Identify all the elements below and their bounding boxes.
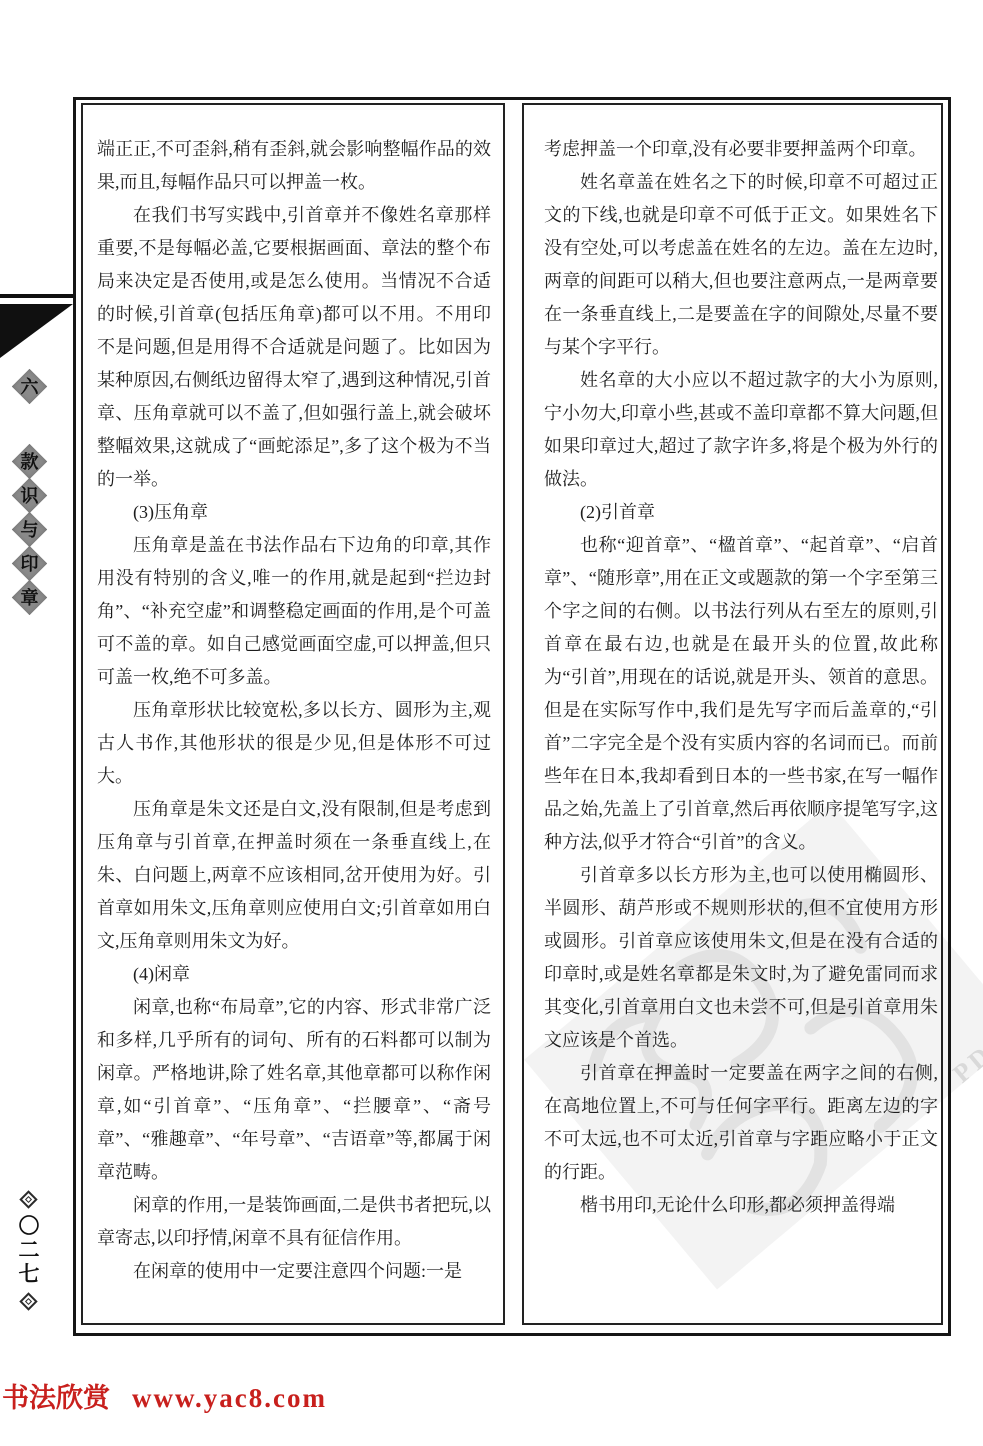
paragraph: 压角章形状比较宽松,多以长方、圆形为主,观古人书作,其他形状的很是少见,但是体形… bbox=[97, 694, 491, 793]
paragraph: 在我们书写实践中,引首章并不像姓名章那样重要,不是每幅必盖,它要根据画面、章法的… bbox=[97, 199, 491, 496]
paragraph: 压角章是盖在书法作品右下边角的印章,其作用没有特别的含义,唯一的作用,就是起到“… bbox=[97, 529, 491, 694]
paragraph: 端正正,不可歪斜,稍有歪斜,就会影响整幅作品的效果,而且,每幅作品只可以押盖一枚… bbox=[97, 133, 491, 199]
chapter-number-diamond: 六 bbox=[12, 369, 47, 404]
page-number-ornament-bottom bbox=[19, 1292, 37, 1310]
book-page: PDG 六 款识与印章 〇二七 端正正,不可歪斜,稍有歪斜,就会影响整幅作品的效… bbox=[0, 0, 983, 1446]
paragraph: 压角章是朱文还是白文,没有限制,但是考虑到压角章与引首章,在押盖时须在一条垂直线… bbox=[97, 793, 491, 958]
paragraph: 姓名章盖在姓名之下的时候,印章不可超过正文的下线,也就是印章不可低于正文。如果姓… bbox=[544, 166, 938, 364]
paragraph: 闲章,也称“布局章”,它的内容、形式非常广泛和多样,几乎所有的词句、所有的石料都… bbox=[97, 991, 491, 1189]
paragraph: 考虑押盖一个印章,没有必要非要押盖两个印章。 bbox=[544, 133, 938, 166]
chapter-title-char: 印 bbox=[21, 555, 39, 573]
chapter-title-char-diamond: 章 bbox=[12, 580, 47, 615]
paragraph: (3)压角章 bbox=[97, 496, 491, 529]
page-number-char: 七 bbox=[17, 1264, 41, 1285]
chapter-title-char-diamond: 与 bbox=[12, 512, 47, 547]
chapter-title-char-diamond: 识 bbox=[12, 478, 47, 513]
page-number-char: 二 bbox=[17, 1240, 41, 1261]
chapter-tab-triangle bbox=[0, 304, 73, 358]
paragraph: 引首章在押盖时一定要盖在两字之间的右侧,在高地位置上,不可与任何字平行。距离左边… bbox=[544, 1057, 938, 1189]
page-number-ornament-top bbox=[19, 1190, 37, 1208]
paragraph: 姓名章的大小应以不超过款字的大小为原则,宁小勿大,印章小些,甚或不盖印章都不算大… bbox=[544, 364, 938, 496]
site-watermark-url: www.yac8.com bbox=[132, 1383, 327, 1413]
chapter-title-char: 款 bbox=[21, 453, 39, 471]
chapter-title-char-diamond: 款 bbox=[12, 444, 47, 479]
paragraph: 闲章的作用,一是装饰画面,二是供书者把玩,以章寄志,以印抒情,闲章不具有征信作用… bbox=[97, 1189, 491, 1255]
chapter-title-char: 识 bbox=[21, 487, 39, 505]
chapter-title-char-diamond: 印 bbox=[12, 546, 47, 581]
chapter-tab-rule bbox=[0, 294, 73, 298]
chapter-title-char: 章 bbox=[21, 589, 39, 607]
page-number-char: 〇 bbox=[17, 1216, 41, 1237]
left-column-text: 端正正,不可歪斜,稍有歪斜,就会影响整幅作品的效果,而且,每幅作品只可以押盖一枚… bbox=[97, 133, 491, 1288]
paragraph: (2)引首章 bbox=[544, 496, 938, 529]
chapter-number: 六 bbox=[21, 378, 39, 396]
right-column-text: 考虑押盖一个印章,没有必要非要押盖两个印章。姓名章盖在姓名之下的时候,印章不可超… bbox=[544, 133, 938, 1222]
paragraph: 也称“迎首章”、“楹首章”、“起首章”、“启首章”、“随形章”,用在正文或题款的… bbox=[544, 529, 938, 859]
chapter-title-char: 与 bbox=[21, 521, 39, 539]
site-watermark: 书法欣赏www.yac8.com bbox=[2, 1383, 327, 1413]
scan-watermark-label: PDG bbox=[947, 1023, 983, 1088]
paragraph: (4)闲章 bbox=[97, 958, 491, 991]
paragraph: 引首章多以长方形为主,也可以使用椭圆形、半圆形、葫芦形或不规则形状的,但不宜使用… bbox=[544, 859, 938, 1057]
paragraph: 楷书用印,无论什么印形,都必须押盖得端 bbox=[544, 1189, 938, 1222]
paragraph: 在闲章的使用中一定要注意四个问题:一是 bbox=[97, 1255, 491, 1288]
site-watermark-name: 书法欣赏 bbox=[2, 1383, 110, 1413]
